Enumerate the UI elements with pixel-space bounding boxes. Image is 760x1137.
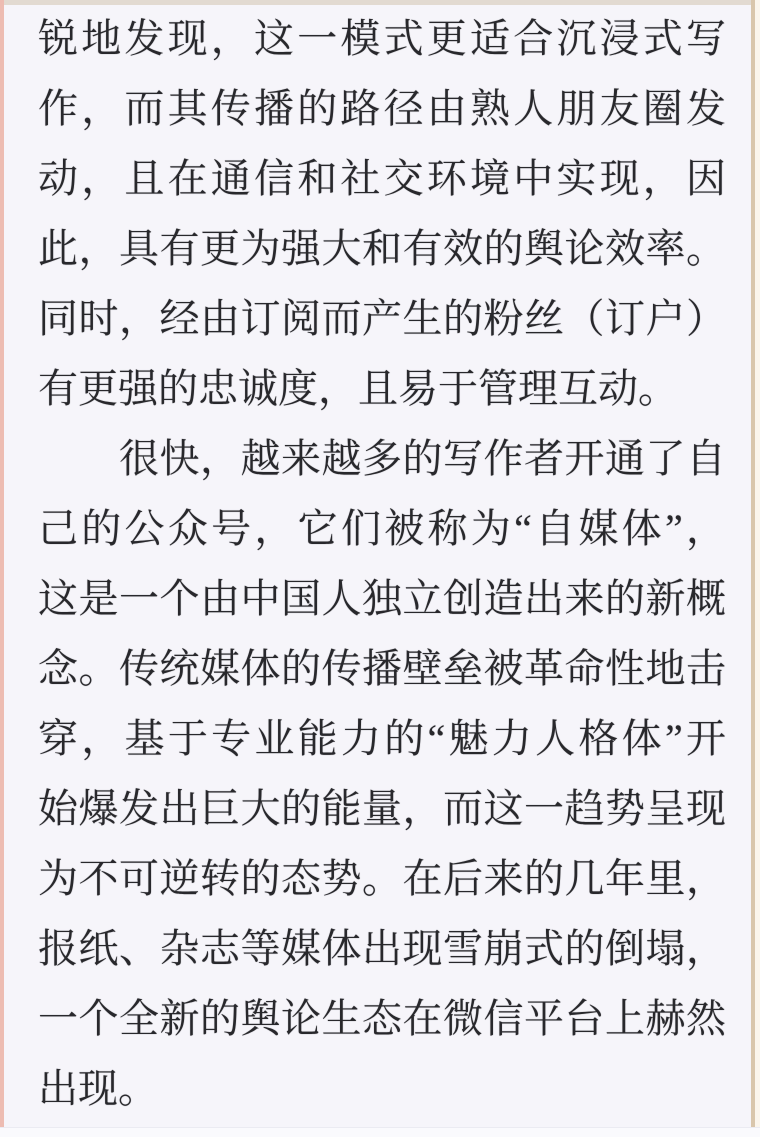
- text-line: 己的公众号，它们被称为“自媒体”，: [38, 494, 726, 564]
- text-line: 同时，经由订阅而产生的粉丝（订户）: [38, 284, 726, 354]
- text-line: 穿，基于专业能力的“魅力人格体”开: [38, 704, 726, 774]
- text-line: 始爆发出巨大的能量，而这一趋势呈现: [38, 774, 726, 844]
- page-right-edge: [755, 0, 760, 1137]
- text-line: 一个全新的舆论生态在微信平台上赫然: [38, 984, 726, 1054]
- text-line: 锐地发现，这一模式更适合沉浸式写: [38, 4, 726, 74]
- text-line: 动，且在通信和社交环境中实现，因: [38, 144, 726, 214]
- text-line: 出现。: [38, 1054, 726, 1124]
- text-line: 作，而其传播的路径由熟人朋友圈发: [38, 74, 726, 144]
- text-line: 为不可逆转的态势。在后来的几年里，: [38, 844, 726, 914]
- page-left-edge: [0, 0, 4, 1137]
- text-line: 有更强的忠诚度，且易于管理互动。: [38, 354, 726, 424]
- paragraph: 锐地发现，这一模式更适合沉浸式写作，而其传播的路径由熟人朋友圈发动，且在通信和社…: [38, 4, 726, 424]
- text-line: 念。传统媒体的传播壁垒被革命性地击: [38, 634, 726, 704]
- text-line: 此，具有更为强大和有效的舆论效率。: [38, 214, 726, 284]
- book-page-text: 锐地发现，这一模式更适合沉浸式写作，而其传播的路径由熟人朋友圈发动，且在通信和社…: [38, 4, 726, 1124]
- text-line: 报纸、杂志等媒体出现雪崩式的倒塌，: [38, 914, 726, 984]
- paragraph: 很快，越来越多的写作者开通了自己的公众号，它们被称为“自媒体”，这是一个由中国人…: [38, 424, 726, 1124]
- page-bottom-edge: [0, 1127, 760, 1137]
- text-line: 很快，越来越多的写作者开通了自: [38, 424, 726, 494]
- text-line: 这是一个由中国人独立创造出来的新概: [38, 564, 726, 634]
